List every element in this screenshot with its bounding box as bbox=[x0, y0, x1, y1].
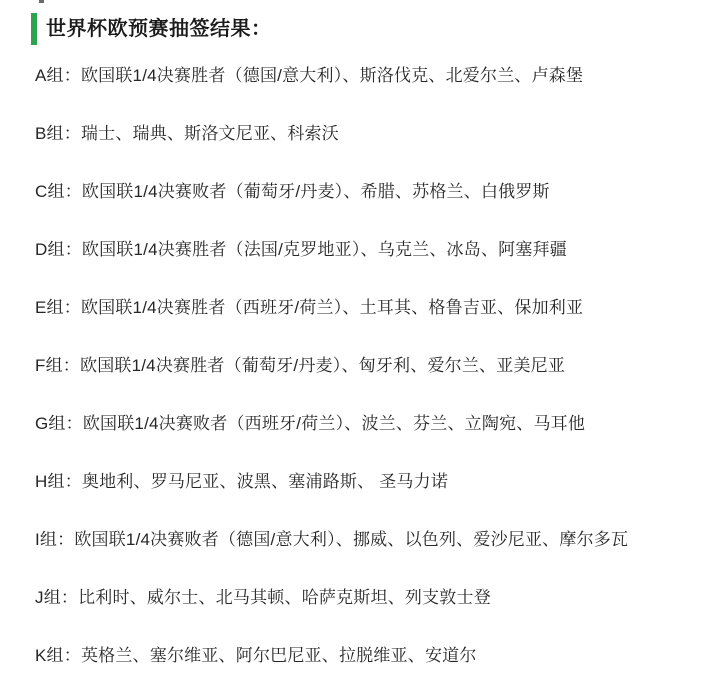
group-row: J组：比利时、威尔士、北马其顿、哈萨克斯坦、列支敦士登 bbox=[35, 589, 704, 606]
group-colon: ： bbox=[66, 414, 83, 433]
group-label: I组 bbox=[35, 530, 57, 549]
group-teams: 欧国联1/4决赛胜者（西班牙/荷兰）、土耳其、格鲁吉亚、保加利亚 bbox=[81, 298, 583, 317]
group-label: B组 bbox=[35, 124, 64, 143]
group-label: F组 bbox=[35, 356, 63, 375]
group-label: K组 bbox=[35, 646, 64, 665]
group-colon: ： bbox=[65, 240, 82, 259]
group-teams: 欧国联1/4决赛败者（葡萄牙/丹麦）、希腊、苏格兰、白俄罗斯 bbox=[82, 182, 550, 201]
screenshot-artifact bbox=[39, 0, 44, 3]
group-teams: 比利时、威尔士、北马其顿、哈萨克斯坦、列支敦士登 bbox=[78, 588, 491, 607]
group-row: E组：欧国联1/4决赛胜者（西班牙/荷兰）、土耳其、格鲁吉亚、保加利亚 bbox=[35, 299, 704, 316]
accent-bar-icon bbox=[31, 13, 37, 45]
groups-list: A组：欧国联1/4决赛胜者（德国/意大利）、斯洛伐克、北爱尔兰、卢森堡 B组：瑞… bbox=[35, 67, 704, 664]
group-colon: ： bbox=[64, 124, 81, 143]
group-label: D组 bbox=[35, 240, 65, 259]
group-colon: ： bbox=[57, 530, 74, 549]
group-teams: 欧国联1/4决赛胜者（德国/意大利）、斯洛伐克、北爱尔兰、卢森堡 bbox=[81, 66, 583, 85]
group-colon: ： bbox=[65, 182, 82, 201]
group-teams: 欧国联1/4决赛败者（西班牙/荷兰）、波兰、芬兰、立陶宛、马耳他 bbox=[83, 414, 585, 433]
group-row: G组：欧国联1/4决赛败者（西班牙/荷兰）、波兰、芬兰、立陶宛、马耳他 bbox=[35, 415, 704, 432]
group-teams: 欧国联1/4决赛败者（德国/意大利）、挪威、以色列、爱沙尼亚、摩尔多瓦 bbox=[74, 530, 628, 549]
group-teams: 欧国联1/4决赛胜者（法国/克罗地亚）、乌克兰、冰岛、阿塞拜疆 bbox=[82, 240, 567, 259]
group-label: H组 bbox=[35, 472, 65, 491]
group-row: C组：欧国联1/4决赛败者（葡萄牙/丹麦）、希腊、苏格兰、白俄罗斯 bbox=[35, 183, 704, 200]
group-colon: ： bbox=[63, 356, 80, 375]
group-colon: ： bbox=[65, 472, 82, 491]
group-colon: ： bbox=[64, 298, 81, 317]
group-row: A组：欧国联1/4决赛胜者（德国/意大利）、斯洛伐克、北爱尔兰、卢森堡 bbox=[35, 67, 704, 84]
group-teams: 欧国联1/4决赛胜者（葡萄牙/丹麦）、匈牙利、爱尔兰、亚美尼亚 bbox=[80, 356, 565, 375]
group-label: E组 bbox=[35, 298, 64, 317]
group-row: B组：瑞士、瑞典、斯洛文尼亚、科索沃 bbox=[35, 125, 704, 142]
group-teams: 瑞士、瑞典、斯洛文尼亚、科索沃 bbox=[81, 124, 339, 143]
group-label: J组 bbox=[35, 588, 61, 607]
group-row: K组：英格兰、塞尔维亚、阿尔巴尼亚、拉脱维亚、安道尔 bbox=[35, 647, 704, 664]
group-label: A组 bbox=[35, 66, 64, 85]
group-label: C组 bbox=[35, 182, 65, 201]
article-header: 世界杯欧预赛抽签结果： bbox=[31, 13, 704, 45]
group-row: H组：奥地利、罗马尼亚、波黑、塞浦路斯、 圣马力诺 bbox=[35, 473, 704, 490]
page-title: 世界杯欧预赛抽签结果： bbox=[46, 13, 272, 45]
group-label: G组 bbox=[35, 414, 66, 433]
group-colon: ： bbox=[61, 588, 78, 607]
group-row: I组：欧国联1/4决赛败者（德国/意大利）、挪威、以色列、爱沙尼亚、摩尔多瓦 bbox=[35, 531, 704, 548]
group-teams: 英格兰、塞尔维亚、阿尔巴尼亚、拉脱维亚、安道尔 bbox=[81, 646, 477, 665]
group-row: D组：欧国联1/4决赛胜者（法国/克罗地亚）、乌克兰、冰岛、阿塞拜疆 bbox=[35, 241, 704, 258]
group-row: F组：欧国联1/4决赛胜者（葡萄牙/丹麦）、匈牙利、爱尔兰、亚美尼亚 bbox=[35, 357, 704, 374]
group-teams: 奥地利、罗马尼亚、波黑、塞浦路斯、 圣马力诺 bbox=[82, 472, 448, 491]
group-colon: ： bbox=[64, 646, 81, 665]
group-colon: ： bbox=[64, 66, 81, 85]
